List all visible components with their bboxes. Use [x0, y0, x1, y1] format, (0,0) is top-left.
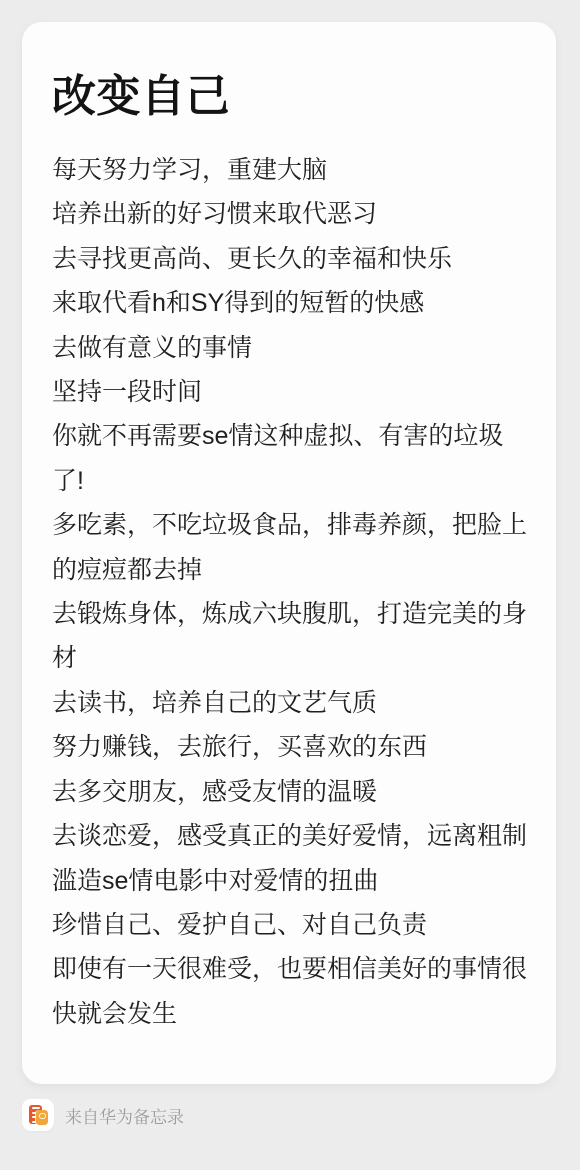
note-line: 多吃素，不吃垃圾食品，排毒养颜，把脸上	[52, 503, 526, 547]
note-line: 材	[52, 636, 526, 680]
note-line: 去锻炼身体，炼成六块腹肌，打造完美的身	[52, 592, 526, 636]
note-line: 每天努力学习，重建大脑	[52, 148, 526, 192]
note-line: 你就不再需要se情这种虚拟、有害的垃圾	[52, 414, 526, 458]
source-label: 来自华为备忘录	[65, 1103, 184, 1128]
note-card: 改变自己 每天努力学习，重建大脑培养出新的好习惯来取代恶习去寻找更高尚、更长久的…	[22, 22, 556, 1084]
note-line: 的痘痘都去掉	[52, 548, 526, 592]
note-line: 来取代看h和SY得到的短暂的快感	[52, 281, 526, 325]
note-body: 每天努力学习，重建大脑培养出新的好习惯来取代恶习去寻找更高尚、更长久的幸福和快乐…	[52, 148, 526, 1036]
note-line: 努力赚钱，去旅行，买喜欢的东西	[52, 725, 526, 769]
note-line: 珍惜自己、爱护自己、对自己负责	[52, 903, 526, 947]
note-line: 培养出新的好习惯来取代恶习	[52, 192, 526, 236]
note-line: 去做有意义的事情	[52, 326, 526, 370]
note-line: 去谈恋爱，感受真正的美好爱情，远离粗制	[52, 814, 526, 858]
note-line: 坚持一段时间	[52, 370, 526, 414]
memo-sticky-note-icon	[36, 1110, 48, 1125]
note-line: 去读书，培养自己的文艺气质	[52, 681, 526, 725]
page-background: 改变自己 每天努力学习，重建大脑培养出新的好习惯来取代恶习去寻找更高尚、更长久的…	[0, 0, 580, 1170]
huawei-memo-app-icon	[22, 1099, 54, 1131]
note-line: 去寻找更高尚、更长久的幸福和快乐	[52, 237, 526, 281]
note-line: 了!	[52, 459, 526, 503]
note-title: 改变自己	[52, 70, 526, 123]
source-attribution: 来自华为备忘录	[22, 1099, 184, 1131]
note-line: 去多交朋友，感受友情的温暖	[52, 770, 526, 814]
note-line: 快就会发生	[52, 992, 526, 1036]
note-line: 滥造se情电影中对爱情的扭曲	[52, 859, 526, 903]
note-line: 即使有一天很难受，也要相信美好的事情很	[52, 947, 526, 991]
